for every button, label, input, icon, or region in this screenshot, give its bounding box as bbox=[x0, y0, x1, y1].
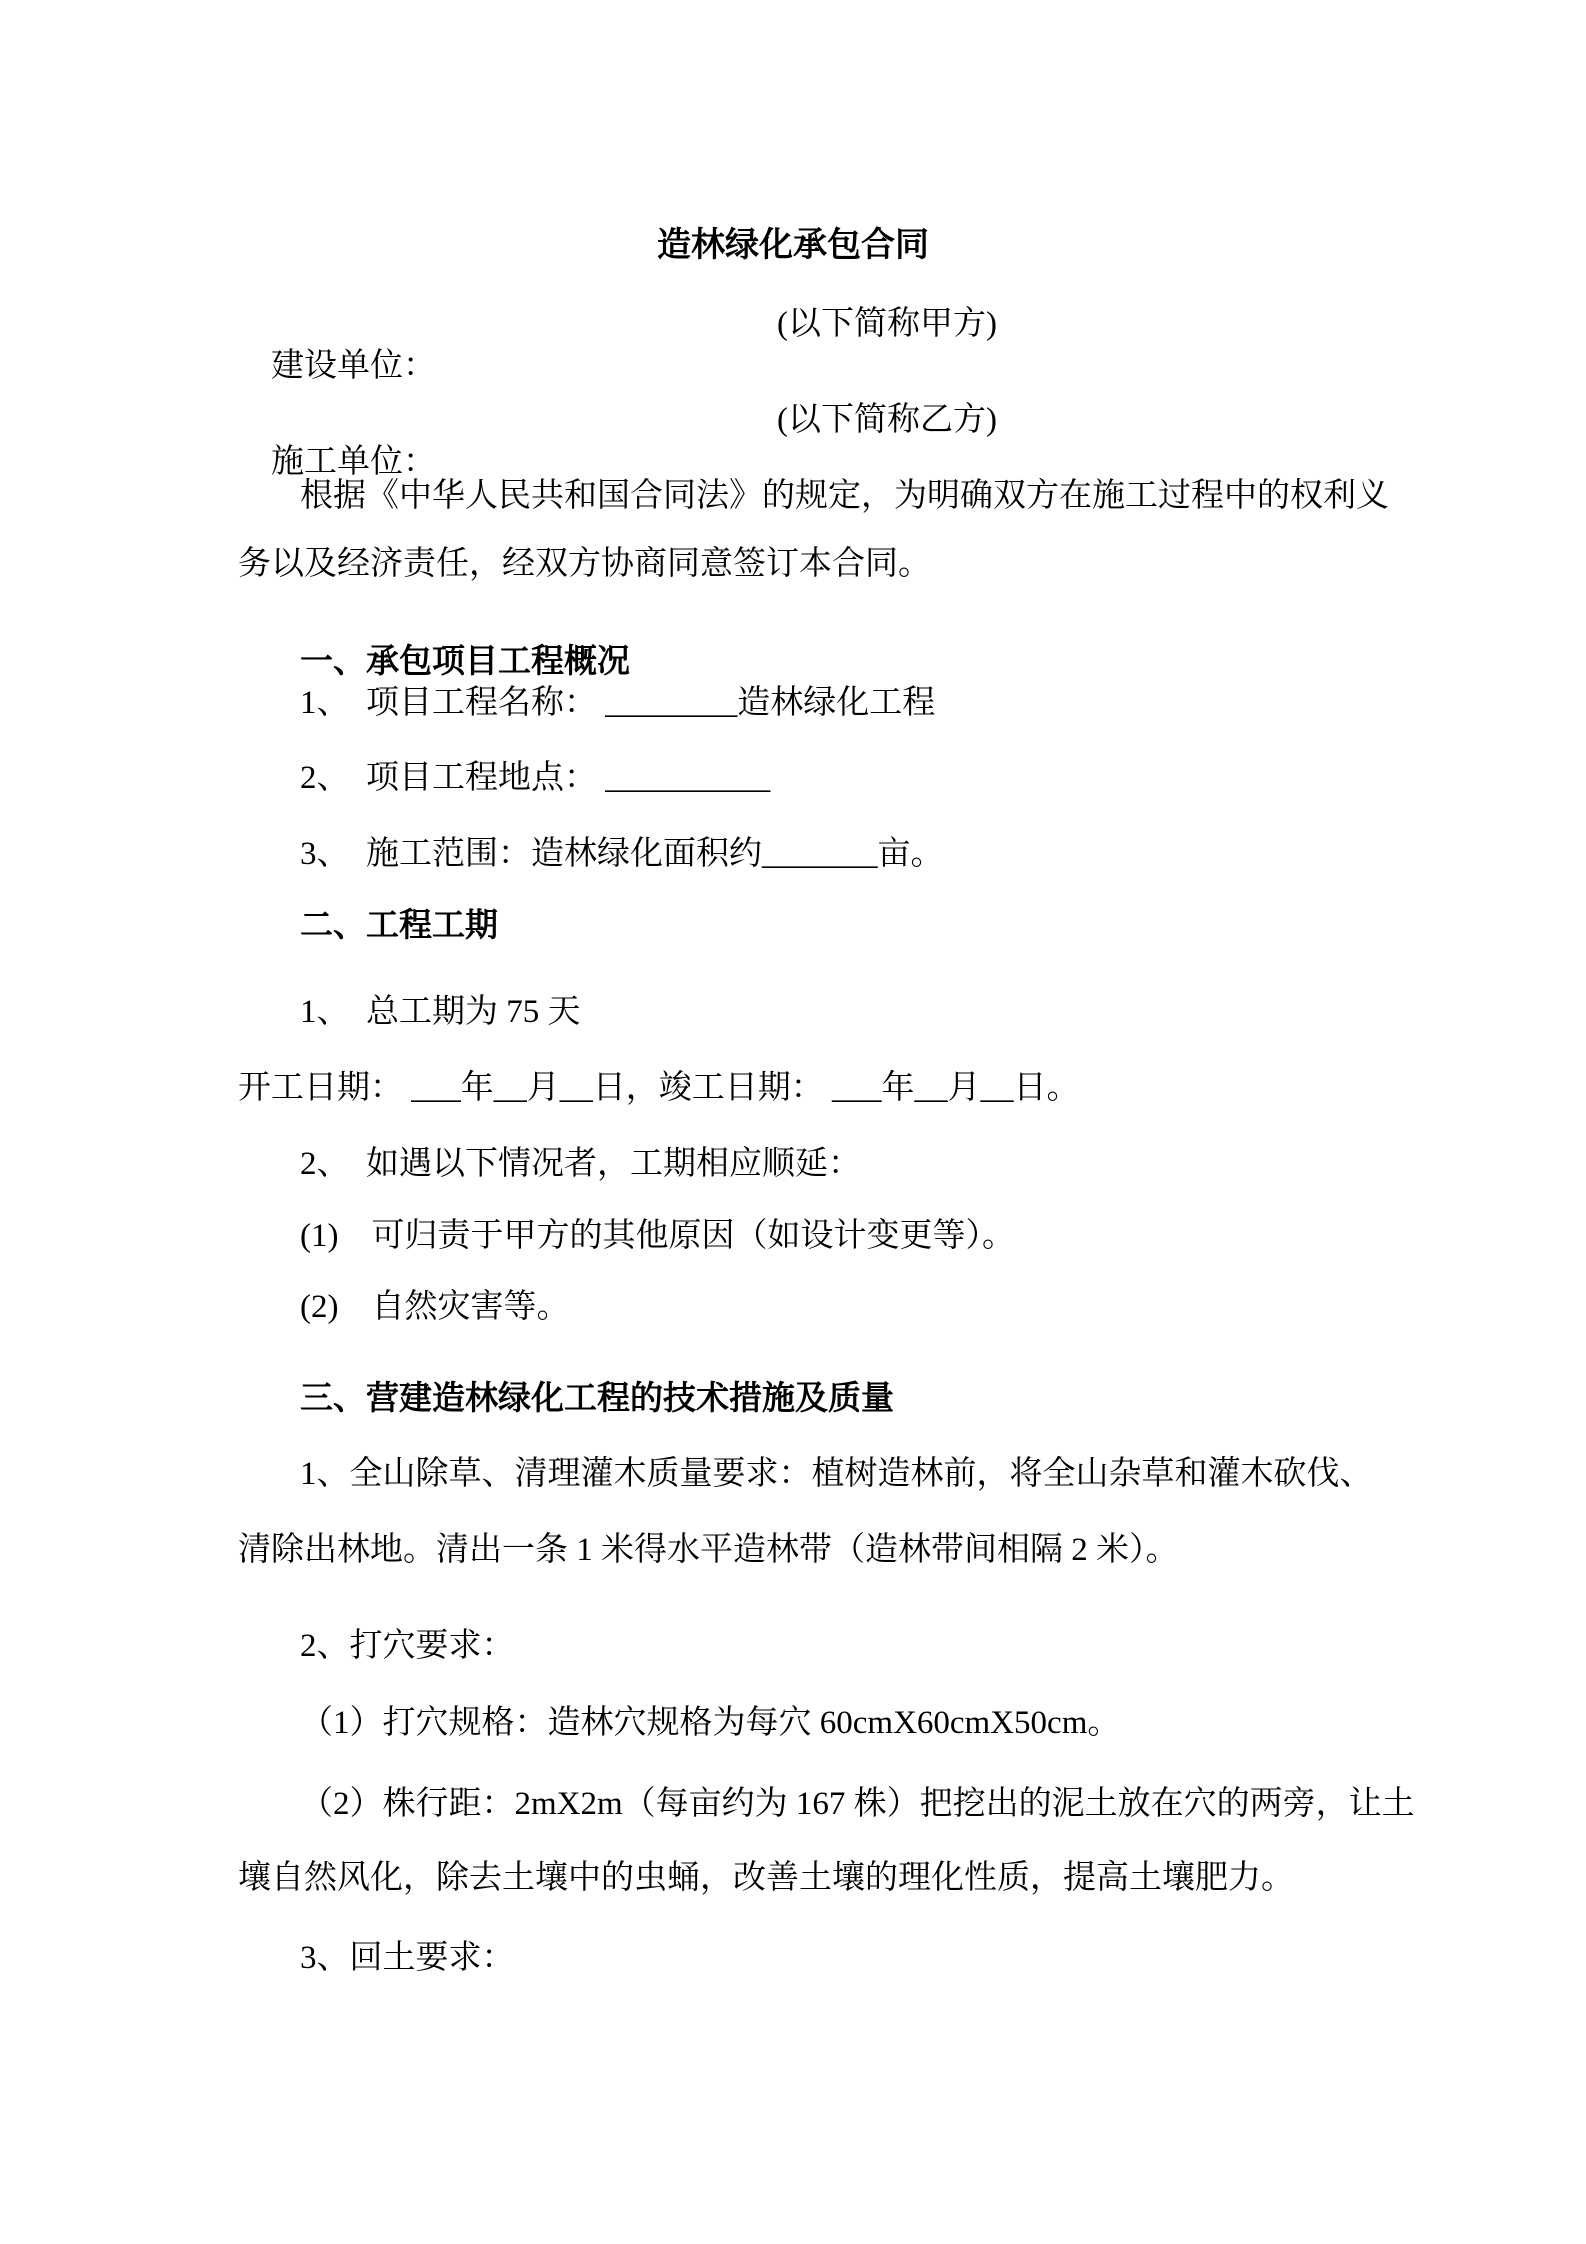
clearing-requirement-line-2: 清除出林地。清出一条 1 米得水平造林带（造林带间相隔 2 米）。 bbox=[238, 1529, 1179, 1571]
clearing-requirement-line-1: 1、全山除草、清理灌木质量要求：植树造林前，将全山杂草和灌木砍伐、 bbox=[300, 1453, 1373, 1495]
construction-scope-item: 3、 施工范围：造林绿化面积约_______亩。 bbox=[300, 833, 944, 875]
contract-document-page: 造林绿化承包合同 建设单位： (以下简称甲方) 施工单位： (以下简称乙方) 根… bbox=[0, 0, 1586, 2244]
section-technical-heading: 三、营建造林绿化工程的技术措施及质量 bbox=[300, 1378, 894, 1420]
delay-cause-2: (2) 自然灾害等。 bbox=[300, 1286, 569, 1328]
section-schedule-heading: 二、工程工期 bbox=[300, 905, 498, 947]
total-duration-item: 1、 总工期为 75 天 bbox=[300, 991, 581, 1033]
hole-spec-subitem: （1）打穴规格：造林穴规格为每穴 60cmX60cmX50cm。 bbox=[300, 1702, 1120, 1744]
preamble-line-2: 务以及经济责任，经双方协商同意签订本合同。 bbox=[238, 543, 931, 585]
project-location-item: 2、 项目工程地点： __________ bbox=[300, 757, 770, 799]
backfill-requirement-item: 3、回土要求： bbox=[300, 1937, 515, 1979]
contractor-alias: (以下简称乙方) bbox=[777, 399, 997, 441]
section-overview-heading: 一、承包项目工程概况 bbox=[300, 641, 630, 683]
delay-conditions-item: 2、 如遇以下情况者，工期相应顺延： bbox=[300, 1143, 861, 1185]
project-name-item: 1、 项目工程名称： ________造林绿化工程 bbox=[300, 682, 935, 724]
preamble-line-1: 根据《中华人民共和国合同法》的规定，为明确双方在施工过程中的权利义 bbox=[300, 475, 1389, 517]
owner-label: 建设单位： bbox=[271, 348, 436, 384]
start-end-dates-line: 开工日期： ___年__月__日，竣工日期： ___年__月__日。 bbox=[238, 1067, 1080, 1109]
delay-cause-1: (1) 可归责于甲方的其他原因（如设计变更等）。 bbox=[300, 1215, 1015, 1257]
digging-requirement-item: 2、打穴要求： bbox=[300, 1625, 515, 1667]
owner-alias: (以下简称甲方) bbox=[777, 303, 997, 345]
spacing-subitem-line-2: 壤自然风化，除去土壤中的虫蛹，改善土壤的理化性质，提高土壤肥力。 bbox=[238, 1857, 1294, 1899]
spacing-subitem-line-1: （2）株行距：2mX2m（每亩约为 167 株）把挖出的泥土放在穴的两旁，让土 bbox=[300, 1783, 1415, 1825]
contract-title: 造林绿化承包合同 bbox=[0, 225, 1586, 267]
